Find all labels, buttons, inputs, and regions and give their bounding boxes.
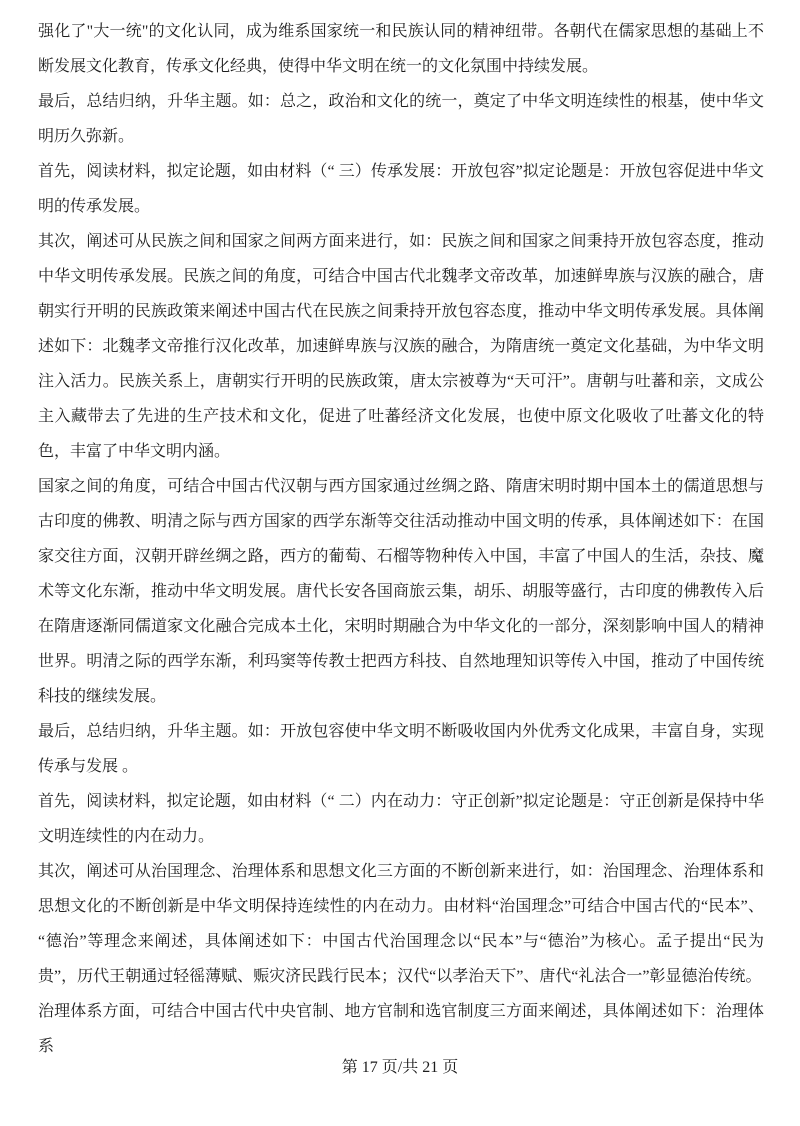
paragraph: 首先，阅读材料，拟定论题，如由材料（“ 二）内在动力：守正创新”拟定论题是：守正… [38, 784, 764, 854]
document-page: 强化了"大一统"的文化认同，成为维系国家统一和民族认同的精神纽带。各朝代在儒家思… [0, 0, 800, 1126]
paragraph: 最后，总结归纳，升华主题。如：开放包容使中华文明不断吸收国内外优秀文化成果，丰富… [38, 714, 764, 784]
paragraph: 最后，总结归纳，升华主题。如：总之，政治和文化的统一，奠定了中华文明连续性的根基… [38, 84, 764, 154]
paragraph: 治理体系方面，可结合中国古代中央官制、地方官制和选官制度三方面来阐述，具体阐述如… [38, 994, 764, 1064]
paragraph: 其次，阐述可从治国理念、治理体系和思想文化三方面的不断创新来进行，如：治国理念、… [38, 854, 764, 994]
paragraph: 强化了"大一统"的文化认同，成为维系国家统一和民族认同的精神纽带。各朝代在儒家思… [38, 14, 764, 84]
page-number-footer: 第 17 页/共 21 页 [0, 1056, 800, 1080]
paragraph: 其次，阐述可从民族之间和国家之间两方面来进行，如：民族之间和国家之间秉持开放包容… [38, 224, 764, 469]
document-body: 强化了"大一统"的文化认同，成为维系国家统一和民族认同的精神纽带。各朝代在儒家思… [38, 14, 764, 1064]
paragraph: 首先，阅读材料，拟定论题，如由材料（“ 三）传承发展：开放包容”拟定论题是：开放… [38, 154, 764, 224]
paragraph: 国家之间的角度，可结合中国古代汉朝与西方国家通过丝绸之路、隋唐宋明时期中国本土的… [38, 469, 764, 714]
